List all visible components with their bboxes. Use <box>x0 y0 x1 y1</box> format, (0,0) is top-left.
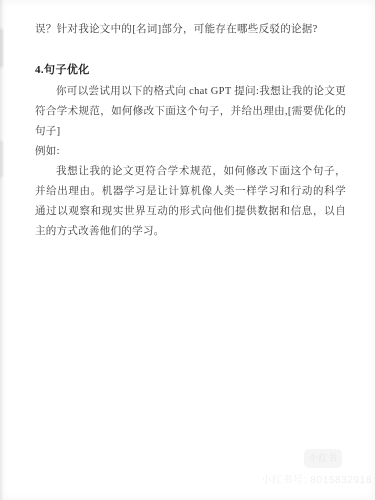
instruction-paragraph: 你可以尝试用以下的格式向 chat GPT 提问:我想让我的论文更符合学术规范，… <box>35 82 346 142</box>
watermark-block: 小红书 小红书号: 8015832918 <box>261 448 372 486</box>
page-edge-smudge <box>0 28 3 68</box>
example-label: 例如: <box>35 142 346 162</box>
page-edge-smudge <box>0 140 3 178</box>
page-left-edge-shadow <box>0 0 4 500</box>
watermark-id-text: 小红书号: 8015832918 <box>261 471 372 486</box>
xiaohongshu-logo-watermark-icon: 小红书 <box>304 449 342 468</box>
document-page: 误？针对我论文中的[名词]部分，可能存在哪些反驳的论据? 4.句子优化 你可以尝… <box>35 20 346 242</box>
example-paragraph: 我想让我的论文更符合学术规范，如何修改下面这个句子，并给出理由。机器学习是让计算… <box>35 162 346 242</box>
intro-continuation-line: 误？针对我论文中的[名词]部分，可能存在哪些反驳的论据? <box>35 20 346 40</box>
section-heading: 4.句子优化 <box>35 60 346 80</box>
